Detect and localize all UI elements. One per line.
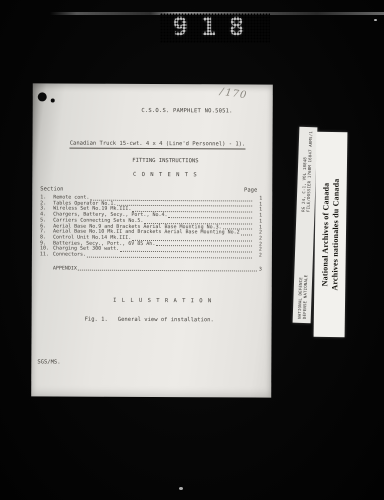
page-column-label: Page xyxy=(244,187,257,193)
contents-heading: C O N T E N T S xyxy=(54,171,276,178)
department-text: NATIONAL DEFENCE DEFENSE NATIONALE xyxy=(297,274,309,319)
dotted-leader xyxy=(78,270,257,272)
dotted-leader xyxy=(241,234,252,235)
document-subtitle: FITTING INSTRUCTIONS xyxy=(54,157,276,164)
title-row: Canadian Truck 15-cwt. 4 x 4 (Line'd Per… xyxy=(46,129,268,149)
film-dust-speck xyxy=(179,487,183,490)
archives-canada-label-rotated: National Archives of Canada Archives nat… xyxy=(314,132,348,337)
illustration-heading: I L L U S T R A T I O N xyxy=(52,298,274,305)
appendix-row: APPENDIX 3 xyxy=(53,266,262,273)
document-title: Canadian Truck 15-cwt. 4 x 4 (Line'd Per… xyxy=(70,141,246,150)
contents-column-headers: Section Page xyxy=(40,186,262,193)
figure-ref: Fig. 1. xyxy=(85,317,108,323)
archives-name-fr: Archives nationales du Canada xyxy=(329,132,342,337)
row-item-label: Connectors. xyxy=(53,253,86,259)
appendix-page-number: 3 xyxy=(259,267,262,273)
appendix-label: APPENDIX xyxy=(53,266,77,272)
archive-ref-text: RG 24, C-1, VOL 18848 FILE/DOSSIER 176BM… xyxy=(300,131,313,212)
section-column-label: Section xyxy=(40,186,63,192)
contents-list: 1. Remote cont. 1 2. Tables Operator No.… xyxy=(40,195,262,259)
row-section-number: 11. xyxy=(40,252,53,258)
row-page-number: 2 xyxy=(254,254,262,260)
figure-caption-text: General view of installation. xyxy=(118,317,214,324)
contents-row: 11. Connectors. 2 xyxy=(40,252,262,259)
archives-canada-label: National Archives of Canada Archives nat… xyxy=(314,132,348,337)
figure-caption: Fig. 1. General view of installation. xyxy=(85,317,262,324)
film-dust-speck xyxy=(374,19,377,21)
film-frame-counter: 918 xyxy=(160,13,270,43)
page-content: C.S.O.S. PAMPHLET NO.5051. Canadian Truc… xyxy=(40,83,263,324)
document-reference: C.S.O.S. PAMPHLET NO.5051. xyxy=(41,107,263,114)
dotted-leader xyxy=(87,256,252,258)
department-line-fr: DEFENSE NATIONALE xyxy=(302,275,309,319)
footer-initials: SGS/MS. xyxy=(37,359,60,365)
document-page: 170 C.S.O.S. PAMPHLET NO.5051. Canadian … xyxy=(31,83,273,397)
